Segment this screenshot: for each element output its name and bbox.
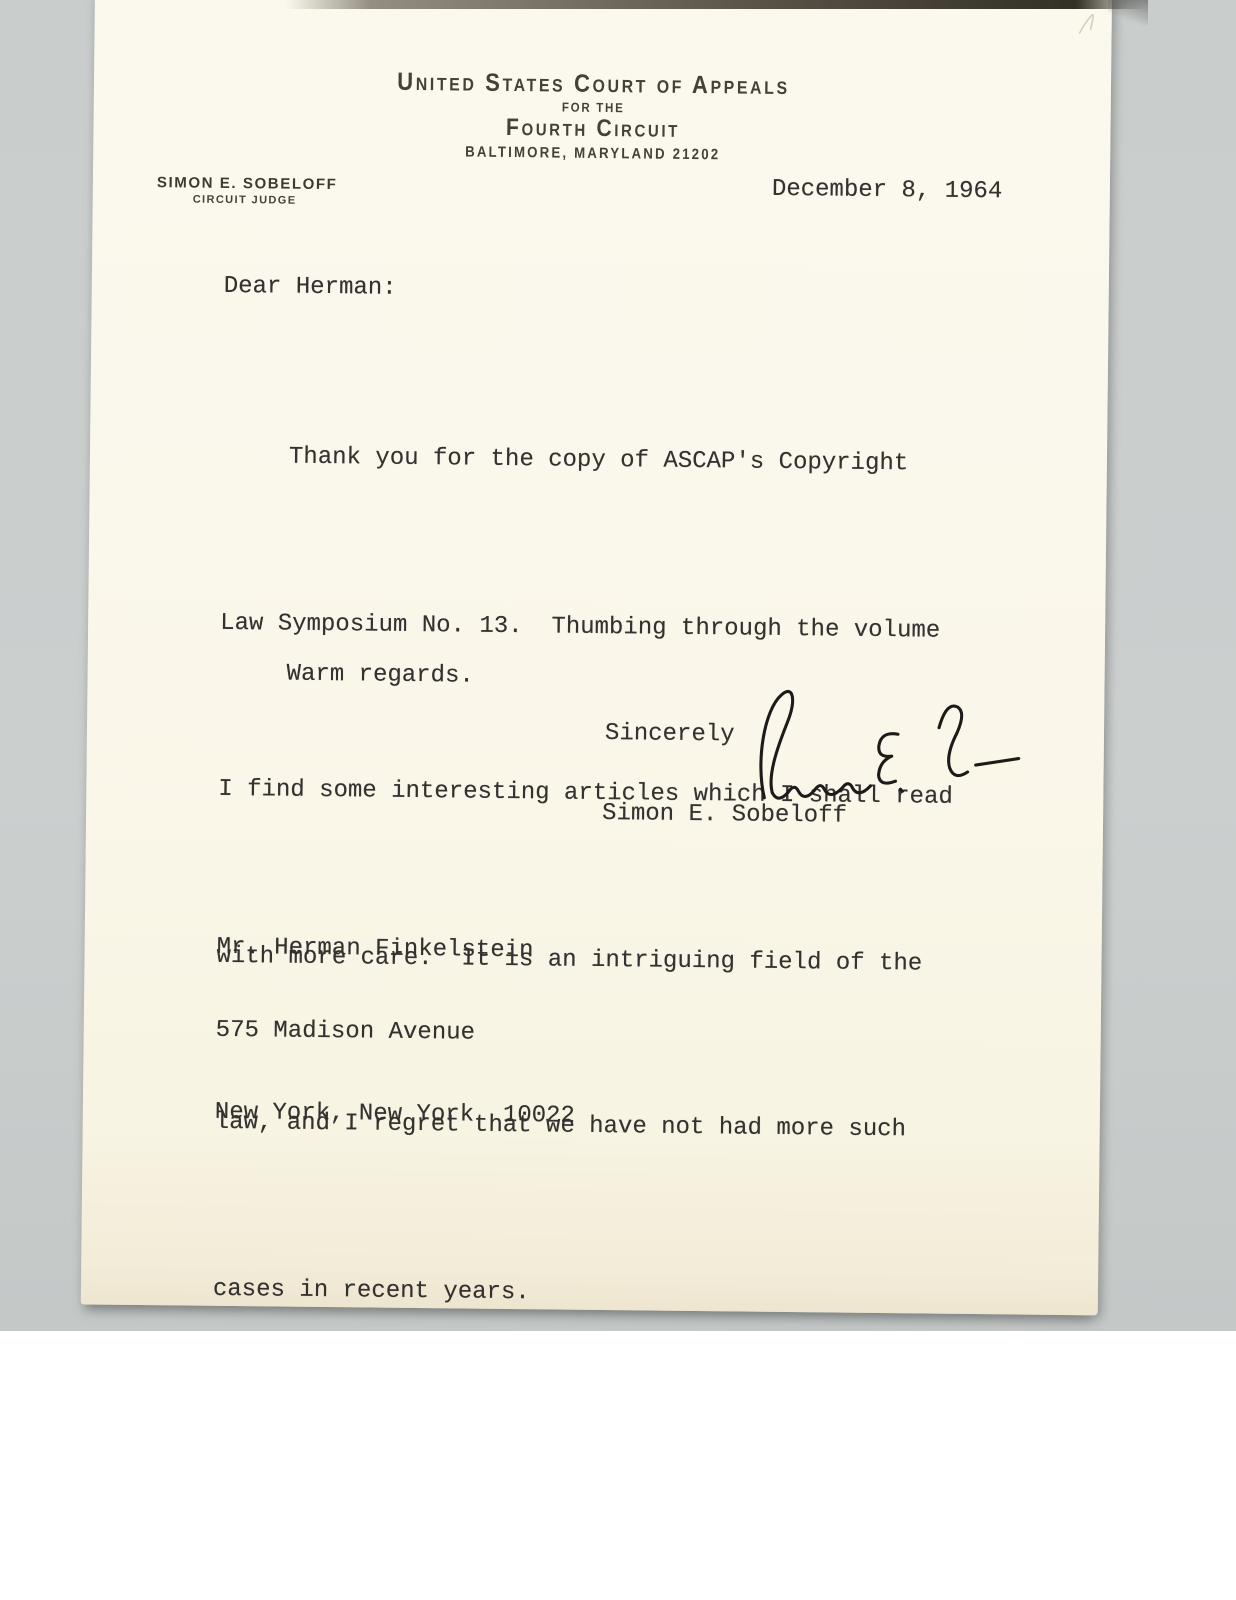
recipient-address: Mr. Herman Finkelstein 575 Madison Avenu…: [214, 879, 577, 1185]
scan-edge-shadow: [285, 0, 1145, 9]
handwritten-signature: [734, 685, 1030, 810]
scan-page: United States Court of Appeals FOR THE F…: [0, 0, 1236, 1600]
closing-sincerely: Sincerely: [605, 720, 735, 748]
body-line: Law Symposium No. 13. Thumbing through t…: [220, 595, 955, 658]
body-line: Thank you for the copy of ASCAP's Copyri…: [222, 429, 957, 492]
letterhead-judge-name: SIMON E. SOBELOFF: [157, 174, 338, 193]
recipient-name: Mr. Herman Finkelstein: [216, 934, 576, 965]
scan-corner-shade: [1108, 0, 1148, 26]
letter-paper: United States Court of Appeals FOR THE F…: [81, 0, 1112, 1315]
closing-warm-regards: Warm regards.: [286, 661, 474, 690]
body-line: cases in recent years.: [213, 1261, 948, 1324]
letterhead-judge-title: CIRCUIT JUDGE: [193, 194, 297, 207]
recipient-city: New York, New York 10022: [215, 1099, 575, 1130]
salutation: Dear Herman:: [224, 273, 397, 302]
photo-backdrop: United States Court of Appeals FOR THE F…: [0, 0, 1236, 1331]
pencil-mark: [1069, 7, 1109, 47]
recipient-street: 575 Madison Avenue: [216, 1016, 576, 1047]
letter-date: December 8, 1964: [772, 176, 1003, 205]
